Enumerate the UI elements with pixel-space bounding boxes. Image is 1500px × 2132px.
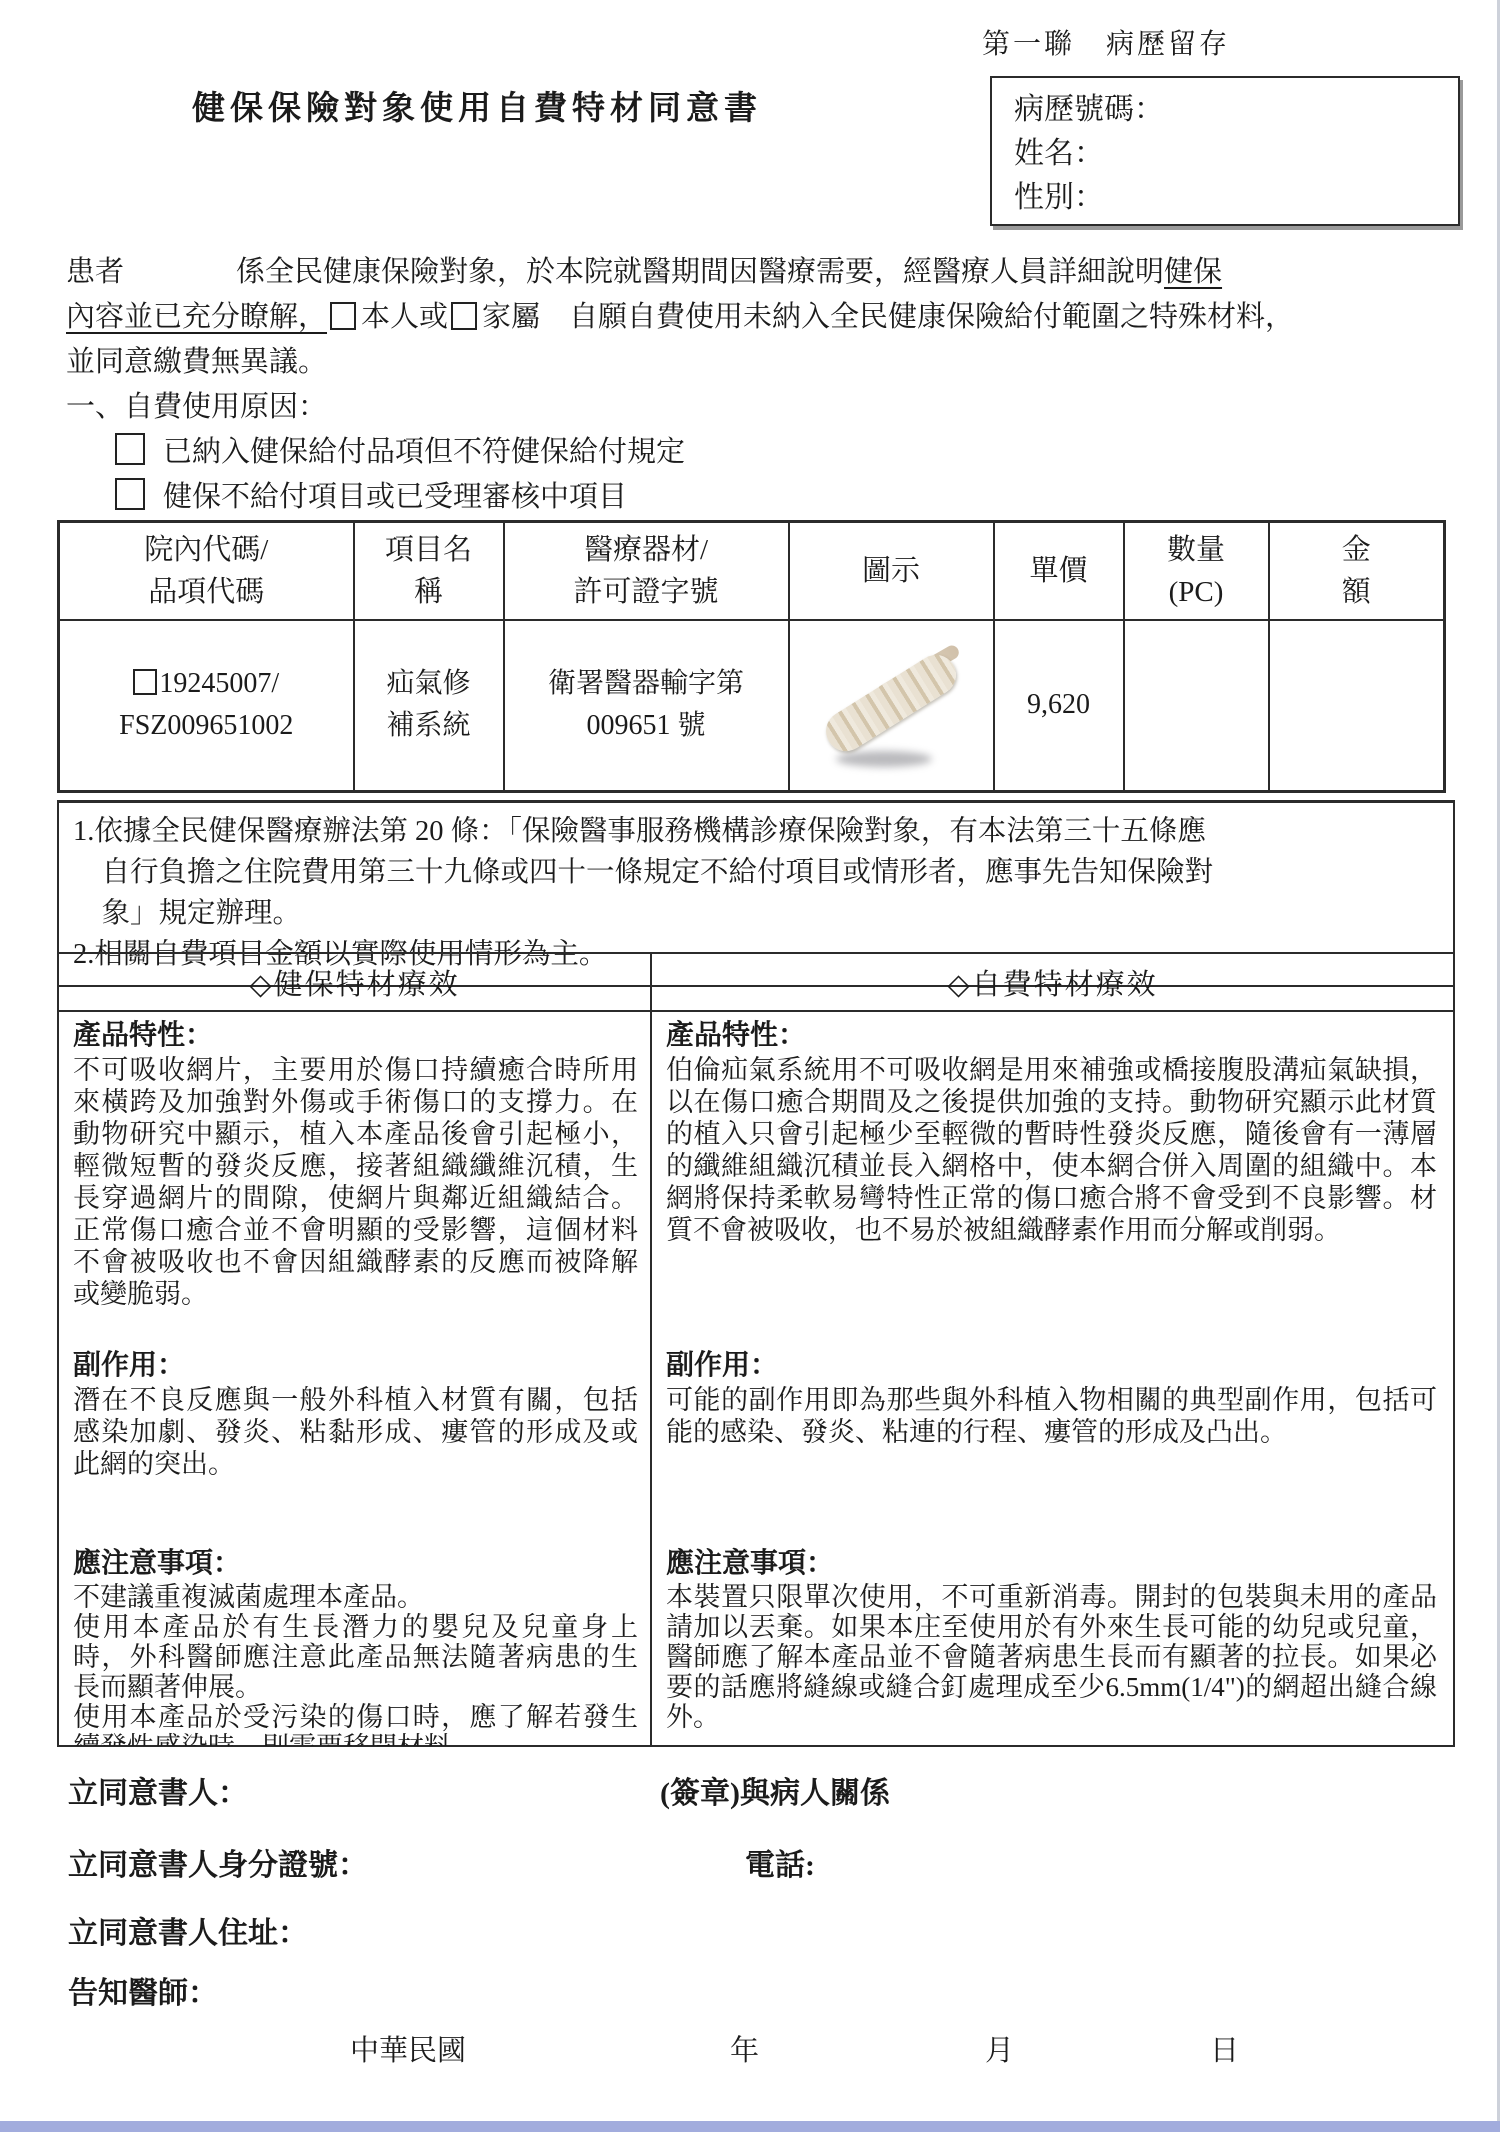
- section-body: 不建議重複滅菌處理本產品。 使用本產品於有生長潛力的嬰兒及兒童身上時，外科醫師應…: [73, 1582, 638, 1746]
- signer-label: 立同意書人：: [68, 1768, 248, 1812]
- intro-line1-text: 係全民健康保險對象，於本院就醫期間因醫療需要，經醫療人員詳細說明: [236, 256, 1164, 288]
- reason-option-2: 健保不給付項目或已受理審核中項目: [66, 475, 1468, 520]
- reason-heading: 一、自費使用原因：: [66, 385, 1468, 430]
- cell-amount: [1269, 620, 1445, 792]
- phone-label: 電話:: [745, 1840, 815, 1884]
- gender-label: 性別：: [1014, 176, 1436, 220]
- col-header-photo: 圖示: [789, 522, 994, 620]
- roc-era-label: 中華民國: [350, 2028, 466, 2069]
- cell-photo: [789, 620, 994, 792]
- col-header-code: 院內代碼/ 品項代碼: [59, 522, 354, 620]
- page-title: 健保保險對象使用自費特材同意書: [192, 82, 762, 129]
- section-heading: 產品特性：: [73, 1018, 638, 1054]
- efficacy-comparison-table: ◇健保特材療效 ◇自費特材療效 產品特性： 不可吸收網片，主要用於傷口持續癒合時…: [57, 952, 1455, 1747]
- reason-option-1: 已納入健保給付品項但不符健保給付規定: [66, 430, 1468, 475]
- section-body: 不可吸收網片，主要用於傷口持續癒合時所用來橫跨及加強對外傷或手術傷口的支撐力。在…: [73, 1054, 638, 1310]
- section-body: 本裝置只限單次使用，不可重新消毒。開封的包裝與未用的產品請加以丟棄。如果本庄至使…: [666, 1582, 1437, 1732]
- cell-quantity: [1124, 620, 1269, 792]
- cell-license: 衛署醫器輸字第 009651 號: [504, 620, 789, 792]
- cell-unit-price: 9,620: [994, 620, 1124, 792]
- bottom-scrollbar[interactable]: [0, 2121, 1500, 2132]
- nhi-material-header: ◇健保特材療效: [59, 954, 652, 1010]
- intro-line1-underlined: 健保: [1164, 256, 1222, 288]
- photo-shadow: [836, 751, 932, 767]
- mesh-roll: [818, 648, 963, 759]
- col-header-name: 項目名 稱: [354, 522, 504, 620]
- checkbox-family[interactable]: [451, 302, 477, 330]
- family-label: 家屬: [482, 301, 540, 333]
- day-label: 日: [1210, 2028, 1239, 2069]
- selfpaid-side-effects-section: 副作用： 可能的副作用即為那些與外科植入物相關的典型副作用，包括可能的感染、發炎…: [666, 1348, 1437, 1546]
- section-heading: 副作用：: [666, 1348, 1437, 1384]
- mesh-product-photo: [806, 635, 976, 775]
- patient-name-label: 姓名：: [1014, 132, 1436, 176]
- section-body: 潛在不良反應與一般外科植入材質有關，包括感染加劇、發炎、粘黏形成、瘻管的形成及或…: [73, 1384, 638, 1480]
- code-line-2: FSZ009651002: [64, 705, 349, 747]
- note-1: 1.依據全民健保醫療辦法第 20 條：「保險醫事服務機構診療保險對象，有本法第三…: [73, 811, 1441, 934]
- cell-code: 19245007/ FSZ009651002: [59, 620, 354, 792]
- section-heading: 副作用：: [73, 1348, 638, 1384]
- patient-label: 患者: [66, 256, 124, 288]
- nhi-material-column: 產品特性： 不可吸收網片，主要用於傷口持續癒合時所用來橫跨及加強對外傷或手術傷口…: [59, 1012, 652, 1747]
- nhi-product-features-section: 產品特性： 不可吸收網片，主要用於傷口持續癒合時所用來橫跨及加強對外傷或手術傷口…: [73, 1018, 638, 1348]
- record-number-label: 病歷號碼：: [1014, 88, 1436, 132]
- section-heading: 應注意事項：: [73, 1546, 638, 1582]
- checkbox-self[interactable]: [330, 302, 356, 330]
- signer-address-label: 立同意書人住址：: [68, 1908, 308, 1952]
- reason-1-label: 已納入健保給付品項但不符健保給付規定: [163, 436, 685, 468]
- col-header-amount: 金 額: [1269, 522, 1445, 620]
- col-header-quantity: 數量 (PC): [1124, 522, 1269, 620]
- section-body: 伯倫疝氣系統用不可吸收網是用來補強或橋接腹股溝疝氣缺損，以在傷口癒合期間及之後提…: [666, 1054, 1437, 1246]
- intro-paragraph: 患者係全民健康保險對象，於本院就醫期間因醫療需要，經醫療人員詳細說明健保 內容並…: [66, 250, 1468, 520]
- signer-id-label: 立同意書人身分證號：: [68, 1840, 368, 1884]
- reason-2-label: 健保不給付項目或已受理審核中項目: [163, 481, 627, 513]
- section-heading: 應注意事項：: [666, 1546, 1437, 1582]
- intro-line-2: 內容並已充分瞭解，本人或家屬 自願自費使用未納入全民健康保險給付範圍之特殊材料，: [66, 295, 1468, 340]
- item-table-row: 19245007/ FSZ009651002 疝氣修 補系統 衛署醫器輸字第 0…: [59, 620, 1445, 792]
- checkbox-item[interactable]: [133, 669, 157, 695]
- self-paid-material-header: ◇自費特材療效: [652, 954, 1453, 1010]
- self-paid-material-column: 產品特性： 伯倫疝氣系統用不可吸收網是用來補強或橋接腹股溝疝氣缺損，以在傷口癒合…: [652, 1012, 1453, 1747]
- intro-line2-text: 自願自費使用未納入全民健康保險給付範圍之特殊材料，: [540, 301, 1294, 333]
- nhi-precautions-section: 應注意事項： 不建議重複滅菌處理本產品。 使用本產品於有生長潛力的嬰兒及兒童身上…: [73, 1546, 638, 1746]
- patient-info-box: 病歷號碼： 姓名： 性別：: [990, 76, 1460, 226]
- checkbox-reason-1[interactable]: [115, 433, 145, 465]
- self-label: 本人或: [361, 301, 448, 333]
- intro-line-3: 並同意繳費無異議。: [66, 340, 1468, 385]
- selfpaid-product-features-section: 產品特性： 伯倫疝氣系統用不可吸收網是用來補強或橋接腹股溝疝氣缺損，以在傷口癒合…: [666, 1018, 1437, 1348]
- year-label: 年: [730, 2028, 759, 2069]
- col-header-unit-price: 單價: [994, 522, 1124, 620]
- col-header-license: 醫療器材/ 許可證字號: [504, 522, 789, 620]
- cell-item-name: 疝氣修 補系統: [354, 620, 504, 792]
- item-table-header-row: 院內代碼/ 品項代碼 項目名 稱 醫療器材/ 許可證字號 圖示 單價 數量 (P…: [59, 522, 1445, 620]
- nhi-side-effects-section: 副作用： 潛在不良反應與一般外科植入材質有關，包括感染加劇、發炎、粘黏形成、瘻管…: [73, 1348, 638, 1546]
- efficacy-header-row: ◇健保特材療效 ◇自費特材療效: [59, 954, 1453, 1012]
- section-body: 可能的副作用即為那些與外科植入物相關的典型副作用，包括可能的感染、發炎、粘連的行…: [666, 1384, 1437, 1448]
- checkbox-reason-2[interactable]: [115, 478, 145, 510]
- code-line1-text: 19245007/: [159, 668, 279, 699]
- informing-doctor-label: 告知醫師：: [68, 1968, 218, 2012]
- month-label: 月: [985, 2028, 1014, 2069]
- copy-label: 第一聯 病歷留存: [982, 22, 1230, 62]
- code-line-1: 19245007/: [64, 663, 349, 705]
- intro-line-1: 患者係全民健康保險對象，於本院就醫期間因醫療需要，經醫療人員詳細說明健保: [66, 250, 1468, 295]
- relation-label: (簽章)與病人關係: [660, 1768, 890, 1812]
- item-table: 院內代碼/ 品項代碼 項目名 稱 醫療器材/ 許可證字號 圖示 單價 數量 (P…: [57, 520, 1446, 793]
- section-heading: 產品特性：: [666, 1018, 1437, 1054]
- intro-line2-underlined: 內容並已充分瞭解，: [66, 301, 327, 333]
- selfpaid-precautions-section: 應注意事項： 本裝置只限單次使用，不可重新消毒。開封的包裝與未用的產品請加以丟棄…: [666, 1546, 1437, 1746]
